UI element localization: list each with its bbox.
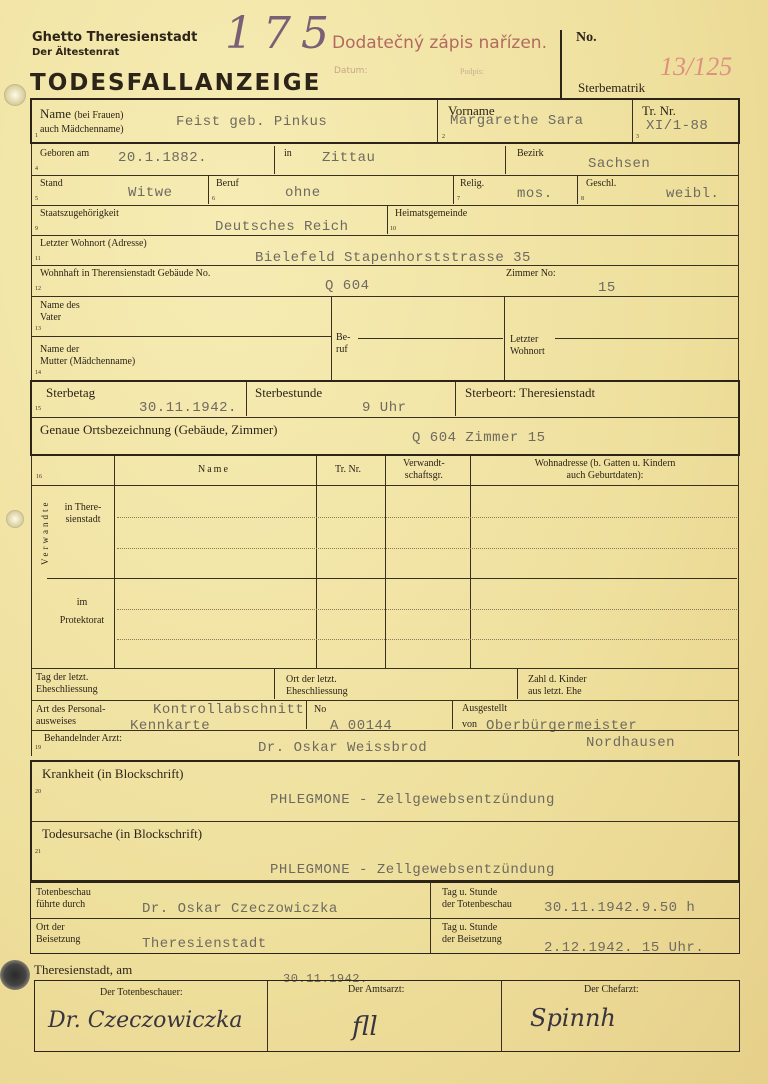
entry-line bbox=[117, 548, 737, 549]
org-name: Ghetto Theresienstadt bbox=[32, 30, 197, 45]
stand-label: Stand bbox=[40, 178, 63, 190]
sterbeort-label: Sterbeort: Theresienstadt bbox=[465, 385, 595, 401]
in-value: Zittau bbox=[322, 150, 375, 166]
stamp-text: Dodatečný zápis nařízen. bbox=[332, 33, 547, 53]
verwandte-side-label: Verwandte bbox=[40, 500, 50, 565]
org-subtitle: Der Ältestenrat bbox=[32, 47, 119, 58]
staat-value: Deutsches Reich bbox=[215, 219, 349, 235]
sterbestunde-value: 9 Uhr bbox=[362, 400, 407, 416]
row-divider bbox=[31, 918, 739, 919]
frame-right bbox=[738, 456, 739, 756]
divider bbox=[316, 456, 317, 668]
frame-right bbox=[738, 144, 739, 380]
row-divider bbox=[32, 417, 738, 418]
gebaeude-value: Q 604 bbox=[325, 278, 370, 294]
row-divider bbox=[32, 265, 738, 266]
ausweis-value-1: Kontrollabschnitt bbox=[153, 702, 304, 718]
geboren-value: 20.1.1882. bbox=[118, 150, 207, 166]
entry-line bbox=[117, 609, 737, 610]
no-label: No. bbox=[576, 30, 597, 46]
divider bbox=[505, 146, 506, 174]
beschau-label: Totenbeschauführte durch bbox=[36, 887, 91, 910]
col-name-header: Name bbox=[198, 464, 230, 476]
beschau-value: Dr. Oskar Czeczowiczka bbox=[142, 901, 338, 917]
divider bbox=[246, 382, 247, 416]
sterbematrik-value: 13/125 bbox=[660, 52, 732, 82]
sig3-label: Der Chefarzt: bbox=[584, 984, 639, 996]
row-divider bbox=[32, 175, 738, 176]
beisetzung-label: Ort derBeisetzung bbox=[36, 922, 80, 945]
row-divider bbox=[32, 821, 738, 822]
row-divider bbox=[32, 668, 738, 669]
divider bbox=[306, 701, 307, 729]
krankheit-value: PHLEGMONE - Zellgewebsentzündung bbox=[270, 792, 555, 808]
sig1-signature: Dr. Czeczowiczka bbox=[48, 1008, 243, 1033]
geboren-label: Geboren am bbox=[40, 148, 89, 160]
kinder-label: Zahl d. Kinderaus letzt. Ehe bbox=[528, 674, 587, 697]
vater-divider bbox=[32, 336, 332, 337]
sig2-label: Der Amtsarzt: bbox=[348, 984, 404, 996]
ortsbez-value: Q 604 Zimmer 15 bbox=[412, 430, 546, 446]
divider bbox=[452, 701, 453, 729]
divider bbox=[114, 456, 115, 668]
ausweis-value-2: Kennkarte bbox=[130, 718, 210, 734]
group-theresienstadt-label: in There-sienstadt bbox=[58, 502, 108, 525]
zimmer-value: 15 bbox=[598, 280, 616, 296]
entry-line bbox=[117, 639, 737, 640]
divider bbox=[437, 100, 438, 142]
ehe-ort-label: Ort der letzt.Eheschliessung bbox=[286, 674, 348, 697]
divider bbox=[577, 176, 578, 204]
frame-left bbox=[31, 456, 32, 756]
ausweis-no-value: A 00144 bbox=[330, 718, 392, 734]
punch-hole-top bbox=[4, 84, 26, 106]
arzt-value: Dr. Oskar Weissbrod bbox=[258, 740, 427, 756]
bezirk-label: Bezirk bbox=[517, 148, 544, 160]
ausgestellt-value: Oberbürgermeister bbox=[486, 718, 637, 734]
trnr-label: Tr. Nr. bbox=[642, 104, 676, 119]
arzt-label: Behandelnder Arzt: bbox=[44, 733, 122, 745]
in-label: in bbox=[284, 148, 292, 160]
death-box bbox=[30, 380, 740, 456]
wohnort-value: Bielefeld Stapenhorststrasse 35 bbox=[255, 250, 531, 266]
divider bbox=[385, 456, 386, 668]
punch-hole-bottom bbox=[0, 960, 30, 990]
divider bbox=[455, 382, 456, 416]
wohnort-label: Letzter Wohnort (Adresse) bbox=[40, 238, 147, 250]
divider bbox=[470, 456, 471, 668]
sterbematrik-label: Sterbematrik bbox=[578, 80, 645, 96]
beschau-time-label: Tag u. Stundeder Totenbeschau bbox=[442, 887, 512, 910]
beruf-value: ohne bbox=[285, 185, 321, 201]
relig-label: Relig. bbox=[460, 178, 484, 190]
beschau-time-value: 30.11.1942.9.50 h bbox=[544, 900, 695, 916]
beisetzung-time-value: 2.12.1942. 15 Uhr. bbox=[544, 940, 704, 956]
frame-left bbox=[31, 144, 32, 380]
name-label: Name (bei Frauen) bbox=[40, 107, 123, 122]
sterbetag-label: Sterbetag bbox=[46, 385, 95, 401]
divider bbox=[517, 669, 518, 699]
bezirk-value: Sachsen bbox=[588, 156, 650, 172]
krankheit-label: Krankheit (in Blockschrift) bbox=[42, 766, 184, 782]
entry-line bbox=[117, 517, 737, 518]
row-divider bbox=[32, 730, 738, 731]
eltern-beruf-label: Be-ruf bbox=[336, 332, 350, 355]
relig-value: mos. bbox=[517, 186, 553, 202]
ortsbez-label: Genaue Ortsbezeichnung (Gebäude, Zimmer) bbox=[40, 422, 278, 438]
row-divider bbox=[47, 578, 737, 579]
sterbetag-value: 30.11.1942. bbox=[139, 400, 237, 416]
beisetzung-time-label: Tag u. Stundeder Beisetzung bbox=[442, 922, 502, 945]
divider bbox=[504, 297, 505, 380]
beisetzung-value: Theresienstadt bbox=[142, 936, 267, 952]
sterbestunde-label: Sterbestunde bbox=[255, 385, 322, 401]
col-verwandt-header: Verwandt-schaftsgr. bbox=[403, 458, 445, 481]
geschl-label: Geschl. bbox=[586, 178, 616, 190]
divider bbox=[387, 206, 388, 234]
stand-value: Witwe bbox=[128, 185, 173, 201]
gebaeude-label: Wohnhaft in Therensienstadt Gebäude No. bbox=[40, 268, 210, 280]
page-title: TODESFALLANZEIGE bbox=[30, 70, 321, 96]
beruf-label: Beruf bbox=[216, 178, 239, 190]
row-divider bbox=[32, 205, 738, 206]
divider bbox=[632, 100, 633, 142]
vater-label: Name desVater bbox=[40, 300, 80, 323]
group-protektorat-label: imProtektorat bbox=[52, 597, 112, 626]
ehe-tag-label: Tag der letzt.Eheschliessung bbox=[36, 672, 98, 695]
row-divider bbox=[32, 235, 738, 236]
row-divider bbox=[32, 296, 738, 297]
ursache-value: PHLEGMONE - Zellgewebsentzündung bbox=[270, 862, 555, 878]
beruf-line bbox=[358, 338, 503, 339]
col-trnr-header: Tr. Nr. bbox=[335, 464, 361, 476]
wohnort-line bbox=[555, 338, 738, 339]
divider bbox=[274, 146, 275, 174]
ausweis-label: Art des Personal-ausweises bbox=[36, 704, 105, 727]
divider bbox=[274, 669, 275, 699]
footer-place-label: Theresienstadt, am bbox=[34, 962, 132, 978]
staat-label: Staatszugehörigkeit bbox=[40, 208, 119, 220]
mutter-label: Name derMutter (Mädchenname) bbox=[40, 344, 135, 367]
sig1-label: Der Totenbeschauer: bbox=[100, 987, 183, 999]
row-divider bbox=[32, 700, 738, 701]
vorname-value: Margarethe Sara bbox=[450, 113, 584, 129]
stamp-datum-label: Datum: bbox=[334, 66, 367, 76]
divider bbox=[267, 981, 268, 1051]
name-label-line2: auch Mädchenname) bbox=[40, 124, 124, 136]
handwritten-number: 175 bbox=[225, 8, 339, 59]
name-box bbox=[30, 98, 740, 144]
geschl-value: weibl. bbox=[666, 186, 719, 202]
zimmer-label: Zimmer No: bbox=[506, 268, 556, 280]
header-divider bbox=[560, 30, 562, 98]
punch-hole-middle bbox=[6, 510, 24, 528]
heimat-label: Heimatsgemeinde bbox=[395, 208, 467, 220]
eltern-wohnort-label: LetzterWohnort bbox=[510, 334, 545, 357]
col-adresse-header: Wohnadresse (b. Gatten u. Kindernauch Ge… bbox=[510, 458, 700, 481]
ausgestellt-place: Nordhausen bbox=[586, 735, 675, 751]
divider bbox=[453, 176, 454, 204]
divider bbox=[208, 176, 209, 204]
name-value: Feist geb. Pinkus bbox=[176, 114, 327, 130]
stamp-podpis-label: Podpis: bbox=[460, 67, 484, 76]
ausweis-no-label: No bbox=[314, 704, 326, 716]
divider bbox=[501, 981, 502, 1051]
row-divider bbox=[32, 485, 738, 486]
trnr-value: XI/1-88 bbox=[646, 118, 708, 134]
sig2-signature: fll bbox=[352, 1012, 378, 1042]
sig3-signature: Spinnh bbox=[530, 1004, 616, 1032]
divider bbox=[331, 297, 332, 380]
ursache-label: Todesursache (in Blockschrift) bbox=[42, 826, 202, 842]
